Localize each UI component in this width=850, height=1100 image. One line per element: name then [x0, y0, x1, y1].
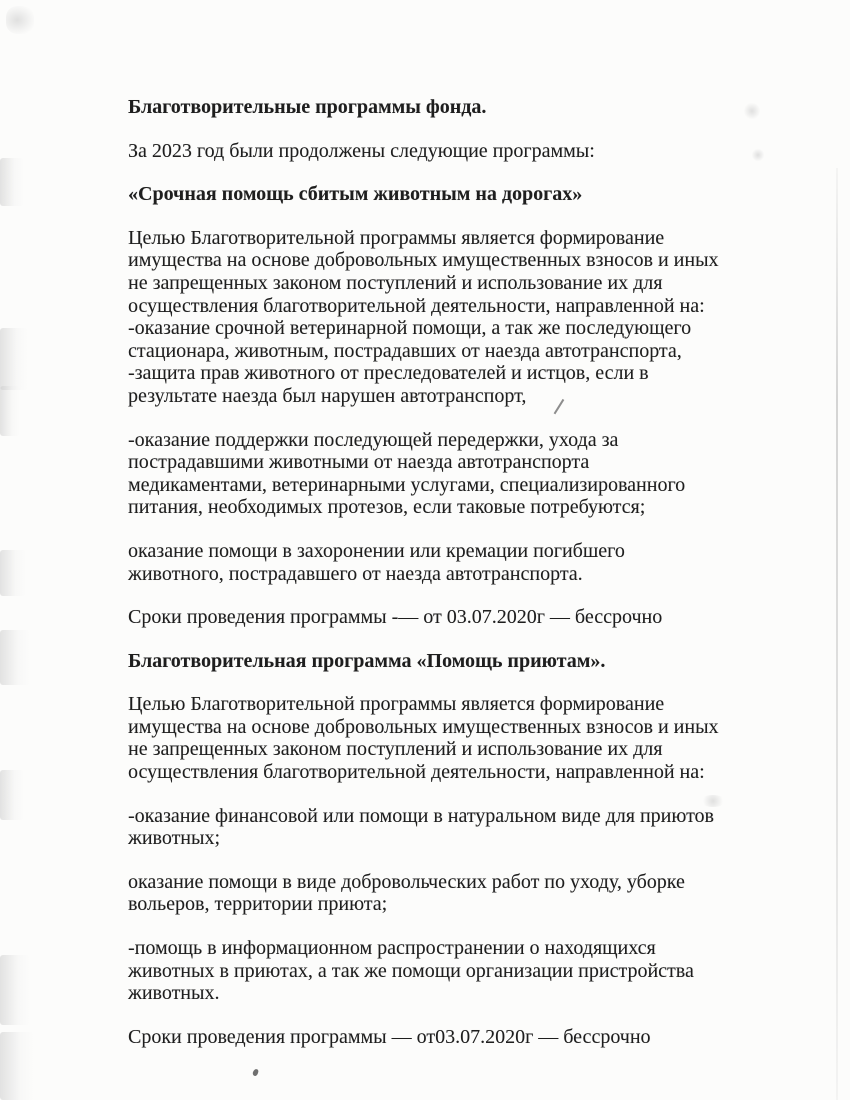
program-1-dates-line: Сроки проведения программы -— от 03.07.2…: [128, 606, 776, 629]
program-1-heading: «Срочная помощь сбитым животным на дорог…: [128, 183, 776, 206]
scan-speck: [752, 148, 764, 162]
program-2-info-paragraph: -помощь в информационном распространении…: [128, 937, 776, 1005]
program-1-burial-paragraph: оказание помощи в захоронении или кремац…: [128, 540, 776, 585]
scan-smudge: [0, 550, 26, 596]
document-body: Благотворительные программы фонда. За 20…: [128, 96, 776, 1069]
program-2-financial-paragraph: -оказание финансовой или помощи в натура…: [128, 805, 776, 850]
scan-smudge: [0, 955, 30, 1025]
program-1-support-paragraph: -оказание поддержки последующей передерж…: [128, 429, 776, 519]
scan-smudge: [0, 386, 20, 436]
program-2-heading: Благотворительная программа «Помощь прию…: [128, 650, 776, 673]
program-1-goal-paragraph: Целью Благотворительной программы являет…: [128, 227, 776, 408]
program-2-volunteer-paragraph: оказание помощи в виде добровольческих р…: [128, 871, 776, 916]
scan-speck: [700, 795, 726, 807]
page-edge-shadow: [836, 168, 838, 1100]
scan-speck: [744, 102, 760, 120]
doc-title: Благотворительные программы фонда.: [128, 96, 776, 119]
scan-smudge: [0, 630, 30, 685]
intro-paragraph: За 2023 год были продолжены следующие пр…: [128, 140, 776, 163]
scan-smudge: [0, 328, 28, 390]
scan-smudge: [6, 6, 34, 34]
scan-smudge: [0, 158, 24, 206]
scanned-page: Благотворительные программы фонда. За 20…: [0, 0, 850, 1100]
program-2-goal-paragraph: Целью Благотворительной программы являет…: [128, 693, 776, 783]
ink-speck: [252, 1068, 259, 1076]
scan-smudge: [0, 770, 24, 820]
program-2-dates-line: Сроки проведения программы — от03.07.202…: [128, 1026, 776, 1049]
scan-smudge: [0, 1032, 34, 1100]
